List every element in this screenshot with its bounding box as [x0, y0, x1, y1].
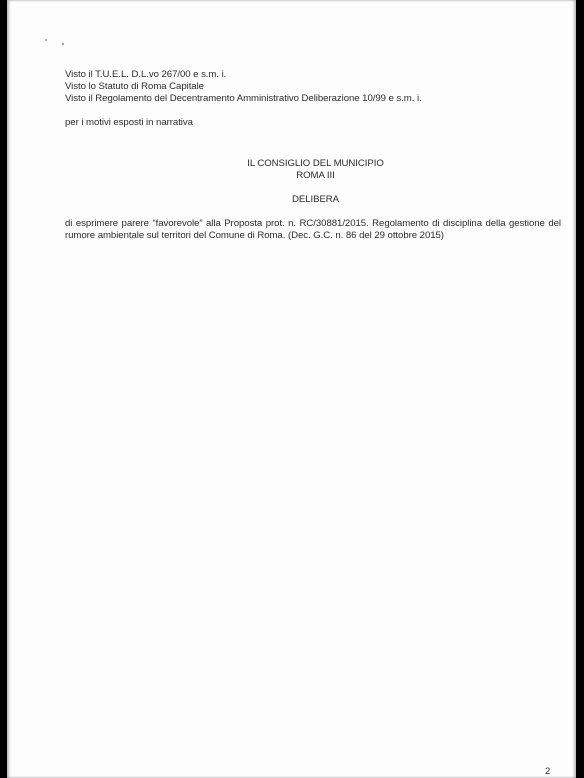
resolution-text: di esprimere parere “favorevole” alla Pr…: [65, 218, 561, 242]
document-page: Visto il T.U.E.L. D.L.vo 267/00 e s.m. i…: [7, 0, 576, 778]
scanned-document: Visto il T.U.E.L. D.L.vo 267/00 e s.m. i…: [0, 0, 584, 778]
resolution-label: DELIBERA: [31, 194, 584, 206]
scan-speck: [62, 43, 64, 45]
preamble-line-regolamento: Visto il Regolamento del Decentramento A…: [65, 93, 422, 105]
page-number: 2: [545, 766, 550, 778]
council-heading: IL CONSIGLIO DEL MUNICIPIO: [31, 158, 584, 170]
municipio-name: ROMA III: [31, 170, 584, 182]
preamble-line-tuel: Visto il T.U.E.L. D.L.vo 267/00 e s.m. i…: [65, 69, 226, 81]
scan-speck: [45, 39, 47, 41]
motivation-text: per i motivi esposti in narrativa: [65, 117, 193, 129]
preamble-line-statuto: Visto lo Statuto di Roma Capitale: [65, 81, 204, 93]
